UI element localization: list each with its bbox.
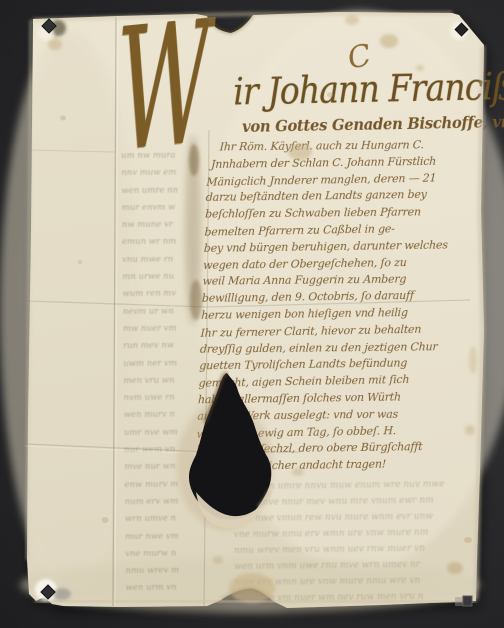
bleedthrough-line: nmu wrev m	[125, 562, 211, 580]
bleedthrough-line: vne murw n	[125, 545, 211, 563]
manuscript-body: Ihr Röm. Käyſerl. auch zu Hungarn C.Jnnh…	[195, 136, 472, 476]
pin-top-left	[38, 19, 66, 41]
bleedthrough-bottom-block: nmu wen umre nnvu muw enum wre nuv mwewr…	[233, 476, 475, 607]
bleedthrough-line: mn urwe nu	[122, 268, 208, 286]
manuscript-line: vnd abwendtlicher andacht tragen!	[195, 456, 460, 476]
pin-bottom-left	[35, 579, 71, 601]
bleedthrough-line: wum ren mv	[122, 285, 208, 303]
bleedthrough-line: wen urm vn	[126, 579, 212, 597]
photo-stage: um nw murannv muw emwen umre nnmur envm …	[0, 0, 504, 628]
bleedthrough-line: vnu mwe rn	[122, 251, 208, 269]
bleedthrough-line: num erv wm	[125, 493, 211, 511]
bleedthrough-line: uwm ner vm	[123, 355, 209, 373]
manuscript-line: weil Maria Anna Fuggerin zu Amberg	[202, 271, 467, 291]
bleedthrough-line: men vru wn	[123, 372, 209, 390]
bleedthrough-line: mur nwe vm	[125, 528, 211, 546]
bleedthrough-line: emun wr nm	[122, 234, 208, 252]
bleedthrough-line: nvm uwe rn	[124, 389, 210, 407]
bleedthrough-line: mw nuer vm	[123, 320, 209, 338]
manuscript-line: dreyſſig gulden, einlen zu den jeztigen …	[200, 338, 465, 358]
bleedthrough-line: wrn umve n	[125, 510, 211, 528]
bleedthrough-line: mur envm w	[122, 199, 208, 217]
heading-title: ir Johann Franciße	[233, 68, 504, 112]
pin-top-right	[450, 22, 468, 40]
bleedthrough-line: enw murv m	[124, 476, 210, 494]
heading-subtitle: von Gottes Genaden Bischoffe, vnd	[242, 114, 504, 135]
bleedthrough-line: nw mune vr	[122, 216, 208, 234]
bleedthrough-line: nmu wen umre nnvu muw enum wre nuv mwe	[233, 476, 473, 495]
bleedthrough-line: mur nwe vm nuer wm nev ruw men vru n	[234, 588, 474, 607]
bleedthrough-line: nevm ur wn	[123, 303, 209, 321]
bleedthrough-line: run mev nw	[123, 337, 209, 355]
manuscript-line: Ihr Röm. Käyſerl. auch zu Hungarn C.	[207, 137, 472, 157]
ornate-initial: W	[116, 0, 213, 176]
